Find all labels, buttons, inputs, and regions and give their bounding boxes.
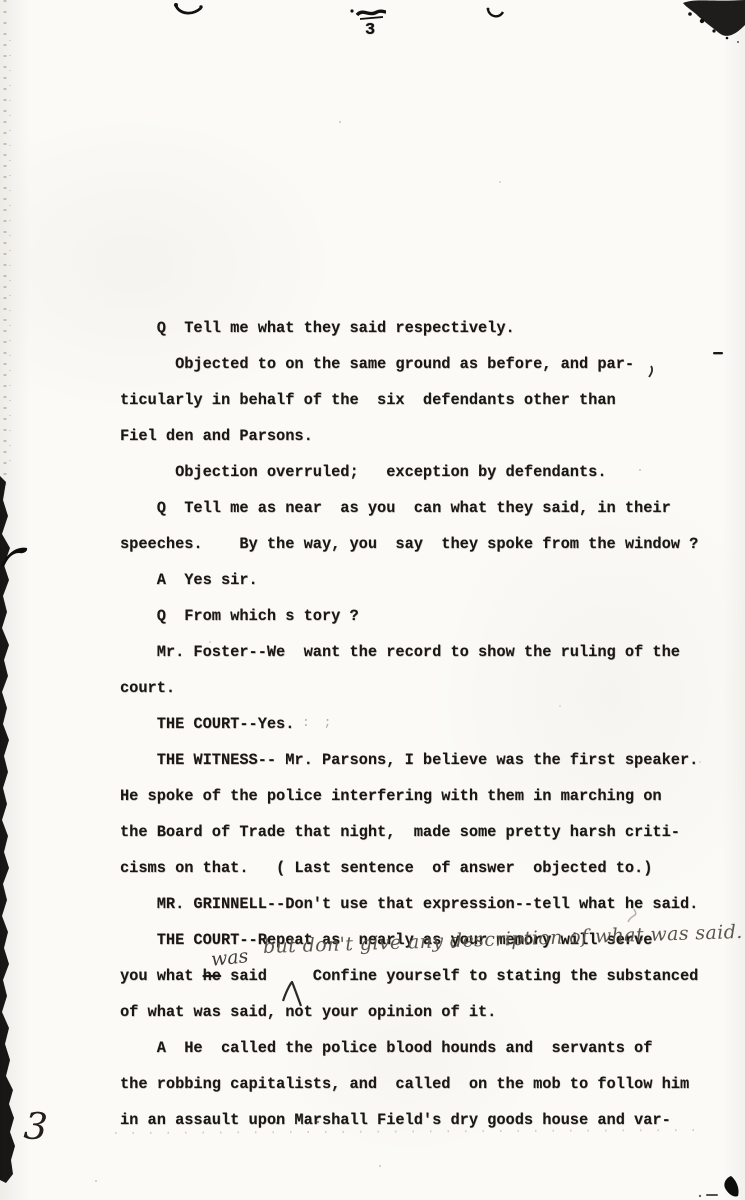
edited-line-suffix: Confine yourself to stating the substanc… xyxy=(267,967,698,985)
ink-squiggle-left xyxy=(174,3,203,13)
transcript-line: MR. GRINNELL--Don't use that expression-… xyxy=(120,886,735,922)
scanned-transcript-page: 3 Q Tell me what they said respectively.… xyxy=(0,0,745,1200)
transcript-line: Objection overruled; exception by defend… xyxy=(120,454,735,490)
corner-blotch xyxy=(683,0,745,43)
transcript-line: cisms on that. ( Last sentence of answer… xyxy=(120,850,735,886)
edited-line-middle: said xyxy=(221,967,267,985)
transcript-line: Mr. Foster--We want the record to show t… xyxy=(120,634,735,670)
handwritten-inserted-word: was xyxy=(210,945,249,971)
transcript-line: Objected to on the same ground as before… xyxy=(120,346,735,382)
transcript-line: THE WITNESS-- Mr. Parsons, I believe was… xyxy=(120,742,735,778)
transcript-line: Q Tell me as near as you can what they s… xyxy=(120,490,735,526)
transcript-line: the Board of Trade that night, made some… xyxy=(120,814,735,850)
transcript-line: He spoke of the police interfering with … xyxy=(120,778,735,814)
transcript-line: THE COURT--Yes. xyxy=(120,706,735,742)
ink-squiggle-center xyxy=(350,9,386,19)
transcript-text-block: Q Tell me what they said respectively. O… xyxy=(120,310,735,1138)
edited-line-prefix: you what xyxy=(120,967,203,985)
transcript-line: in an assault upon Marshall Field's dry … xyxy=(120,1102,735,1138)
transcript-line: Fiel den and Parsons. xyxy=(120,418,735,454)
insertion-caret-mark xyxy=(281,981,303,1007)
transcript-line: ticularly in behalf of the six defendant… xyxy=(120,382,735,418)
hook-ink-mark xyxy=(1,548,27,567)
transcript-line: speeches. By the way, you say they spoke… xyxy=(120,526,735,562)
transcript-line: A He called the police blood hounds and … xyxy=(120,1030,735,1066)
transcript-line: court. xyxy=(120,670,735,706)
left-edge-scan-band xyxy=(0,476,15,1183)
transcript-line: Q Tell me what they said respectively. xyxy=(120,310,735,346)
bottom-right-ink-fleck xyxy=(699,1176,739,1197)
transcript-line: Q From which s tory ? xyxy=(120,598,735,634)
transcript-line: of what was said, not your opinion of it… xyxy=(120,994,735,1030)
transcript-line: A Yes sir. xyxy=(120,562,735,598)
transcript-line: the robbing capitalists, and called on t… xyxy=(120,1066,735,1102)
faint-ink-dots: : ; xyxy=(302,715,334,730)
page-number: 3 xyxy=(365,21,375,40)
handwritten-page-number: 3 xyxy=(23,1104,49,1149)
ink-squiggle-right xyxy=(487,8,503,17)
